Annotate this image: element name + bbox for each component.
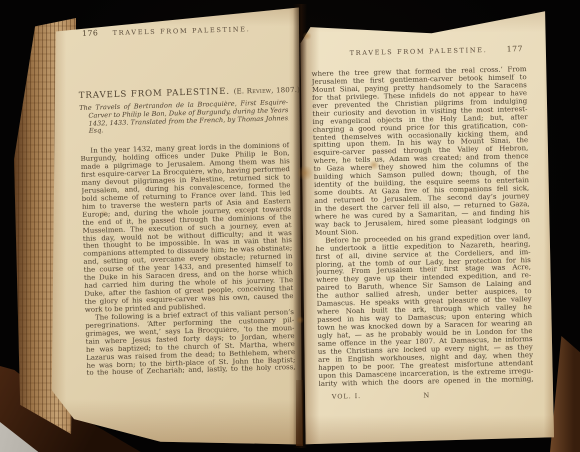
article-title: TRAVELS FROM PALESTINE. (79, 87, 230, 101)
body-paragraph: Before he proceeded on his grand expedit… (315, 233, 533, 389)
left-running-head: TRAVELS FROM PALESTINE. (77, 24, 286, 38)
body-paragraph: The following is a brief extract of this… (85, 309, 296, 378)
volume-label: VOL. I. (332, 392, 361, 400)
foxing-spot (296, 316, 304, 324)
foxing-spot (296, 166, 314, 180)
book-photo: 176 TRAVELS FROM PALESTINE. TRAVELS FROM… (0, 0, 580, 452)
right-page-text: TRAVELS FROM PALESTINE. 177 where the tr… (311, 45, 534, 403)
right-page-number: 177 (507, 44, 523, 53)
signature-mark: N (423, 391, 429, 399)
body-paragraph: In the year 1432, many great lords in th… (80, 142, 294, 314)
right-body-text: where the tree grew that formed the real… (311, 66, 533, 388)
gutter-bottom-shadow (296, 380, 303, 446)
left-page-number: 176 (82, 28, 99, 37)
book-board-edge (550, 336, 580, 452)
left-body-text: In the year 1432, many great lords in th… (80, 142, 295, 378)
article-subtitle: The Travels of Bertrandon de la Brocquiè… (79, 99, 289, 136)
article-heading: TRAVELS FROM PALESTINE. (E. Review, 1807… (79, 85, 288, 101)
left-page-text: 176 TRAVELS FROM PALESTINE. TRAVELS FROM… (77, 24, 296, 378)
body-paragraph-continuation: where the tree grew that formed the real… (311, 66, 530, 238)
foxing-spot (302, 32, 312, 40)
